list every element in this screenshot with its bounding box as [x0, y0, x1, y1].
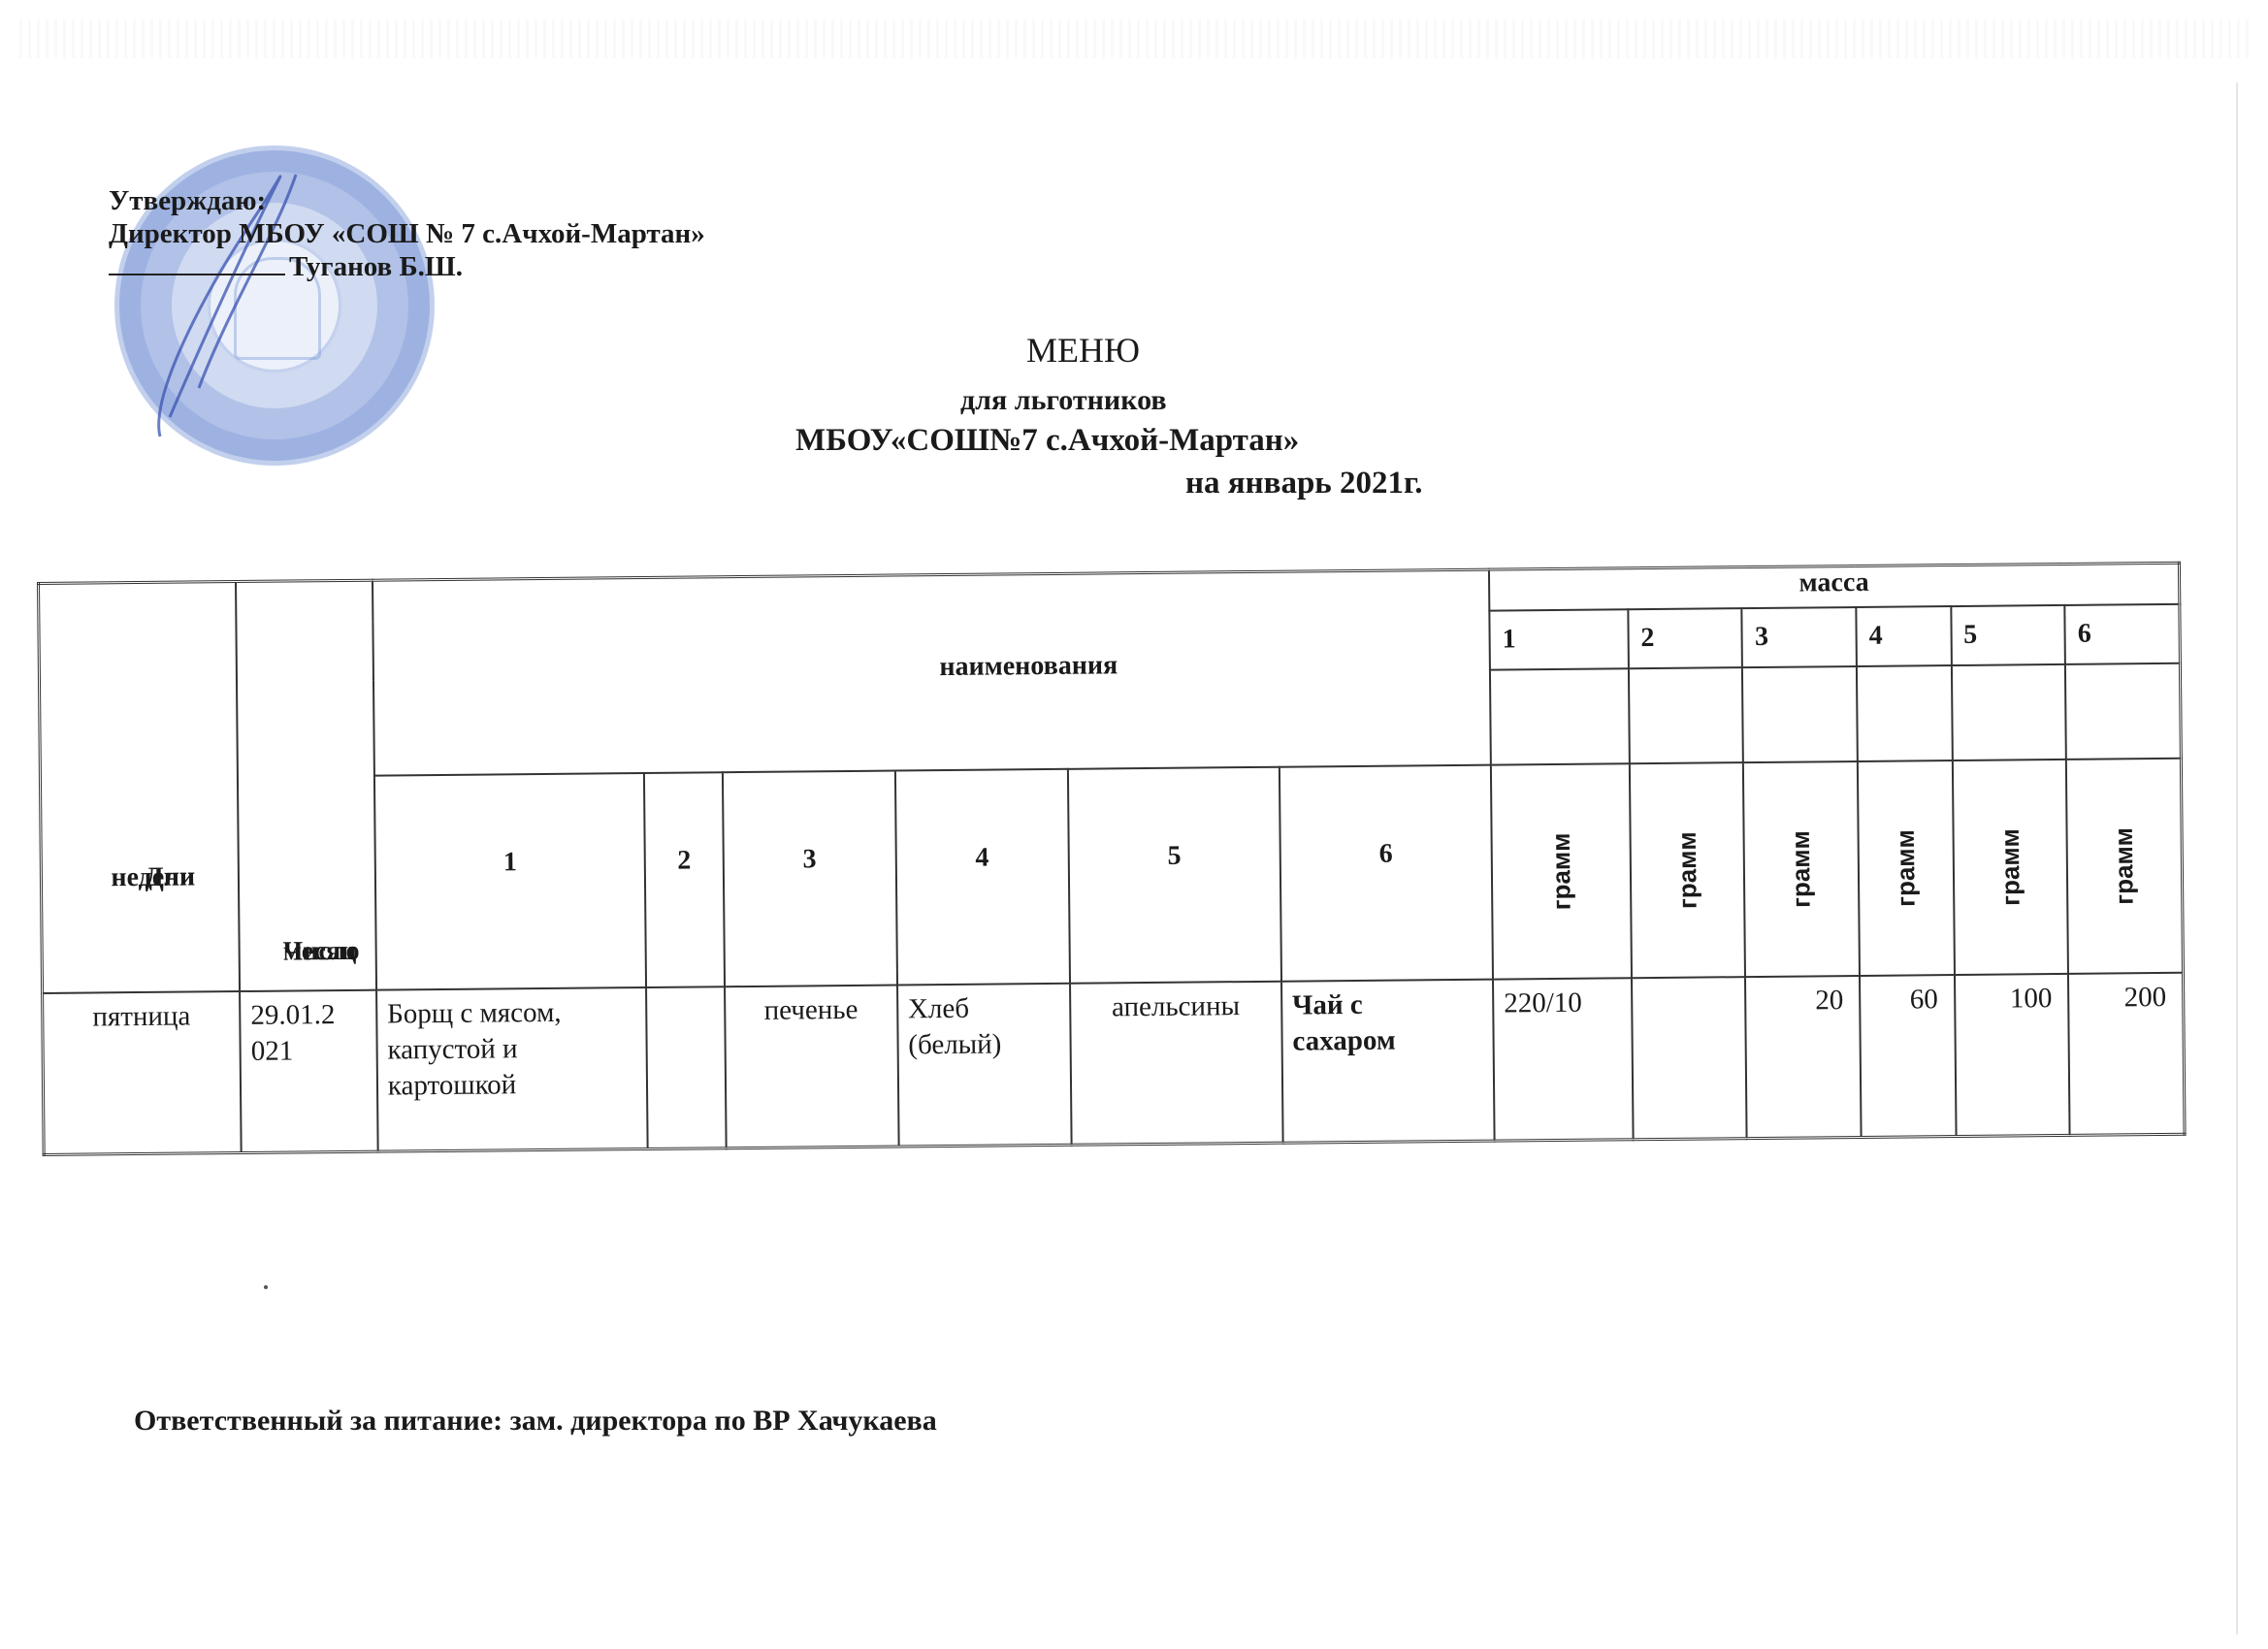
- approval-name: Туганов Б.Ш.: [289, 251, 463, 282]
- cell-mass-3: 20: [1745, 976, 1861, 1139]
- cell-dish-6: Чай ссахаром: [1281, 980, 1495, 1144]
- approval-block: Утверждаю: Директор МБОУ «СОШ № 7 с.Ачхо…: [109, 184, 705, 283]
- mass-blank: [1490, 668, 1630, 765]
- name-col-5: 5: [1068, 767, 1281, 984]
- menu-table: Днинедели Числомесяц наименования масса …: [37, 562, 2187, 1156]
- name-col-2: 2: [644, 772, 725, 987]
- cell-mass-1: 220/10: [1493, 978, 1633, 1141]
- signature-line: [109, 274, 285, 275]
- header-names: наименования: [373, 569, 1491, 776]
- title-menu: МЕНЮ: [1026, 330, 1140, 371]
- header-days: Днинедели: [39, 582, 241, 993]
- mass-blank: [2065, 663, 2181, 760]
- unit-gram: грамм: [1743, 761, 1860, 977]
- unit-gram: грамм: [1952, 760, 2068, 975]
- cell-dish-1: Борщ с мясом,капустой икартошкой: [376, 987, 648, 1151]
- header-mass: масса: [1489, 563, 2180, 610]
- mass-col-6: 6: [2064, 603, 2180, 663]
- unit-gram: грамм: [1630, 762, 1746, 978]
- mass-col-3: 3: [1742, 607, 1857, 667]
- header-date: Числомесяц: [236, 580, 376, 991]
- name-col-1: 1: [374, 773, 647, 990]
- unit-gram: грамм: [1858, 760, 1955, 976]
- cell-dish-4: Хлеб(белый): [897, 984, 1072, 1147]
- mass-blank: [1629, 667, 1744, 763]
- cell-dish-5: апельсины: [1070, 982, 1283, 1146]
- cell-mass-6: 200: [2068, 973, 2185, 1136]
- name-col-3: 3: [723, 771, 897, 987]
- approval-label: Утверждаю:: [109, 184, 705, 217]
- cell-day: пятница: [43, 991, 242, 1154]
- table-row: пятница 29.01.2021 Борщ с мясом,капустой…: [43, 973, 2185, 1155]
- cell-dish-2: [646, 986, 726, 1148]
- cell-mass-2: [1632, 977, 1747, 1140]
- scan-artifact: [19, 19, 2251, 58]
- name-col-4: 4: [895, 769, 1070, 986]
- responsible-person: Ответственный за питание: зам. директора…: [134, 1405, 937, 1438]
- mass-col-5: 5: [1951, 605, 2065, 665]
- mass-blank: [1742, 666, 1858, 762]
- scan-speck: [264, 1285, 268, 1289]
- title-for: для льготников: [960, 384, 1167, 417]
- title-school: МБОУ«СОШ№7 с.Ачхой-Мартан»: [795, 423, 1299, 459]
- mass-blank: [1951, 664, 2066, 760]
- mass-col-4: 4: [1856, 606, 1951, 666]
- cell-dish-3: печенье: [725, 986, 899, 1148]
- cell-mass-5: 100: [1955, 974, 2070, 1137]
- unit-gram: грамм: [2066, 759, 2183, 974]
- unit-gram: грамм: [1491, 763, 1632, 979]
- mass-blank: [1857, 665, 1952, 761]
- mass-col-1: 1: [1489, 609, 1628, 670]
- page-edge: [2236, 82, 2238, 1634]
- cell-date: 29.01.2021: [240, 990, 377, 1153]
- approval-position: Директор МБОУ «СОШ № 7 с.Ачхой-Мартан»: [109, 217, 705, 250]
- mass-col-2: 2: [1628, 608, 1742, 668]
- title-month: на январь 2021г.: [1185, 466, 1423, 501]
- cell-mass-4: 60: [1860, 975, 1956, 1137]
- name-col-6: 6: [1280, 765, 1493, 982]
